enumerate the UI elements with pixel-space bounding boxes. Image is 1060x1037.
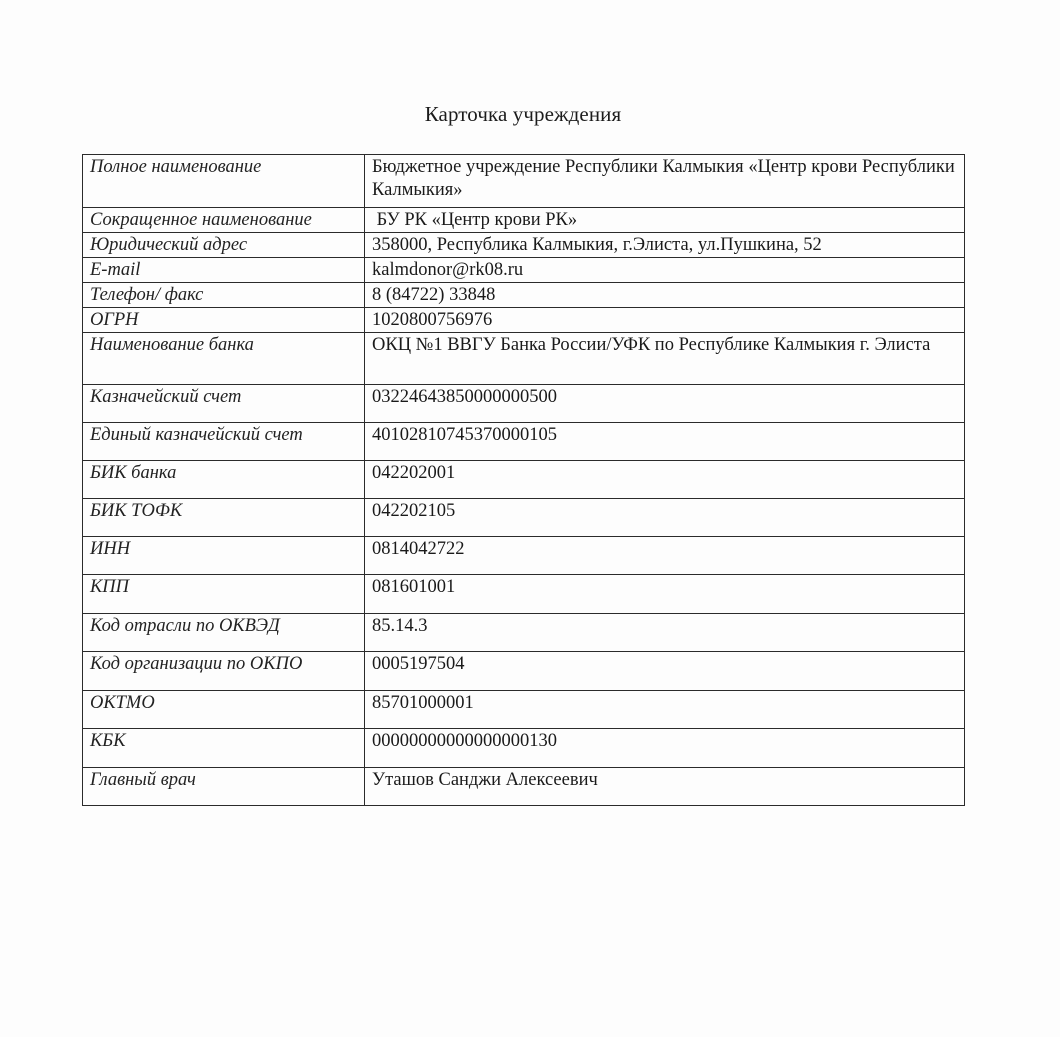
- table-row-phone-fax: Телефон/ факс 8 (84722) 33848: [83, 283, 965, 308]
- table-row-ogrn: ОГРН 1020800756976: [83, 308, 965, 333]
- document-page: Карточка учреждения Полное наименование …: [0, 0, 1060, 1037]
- row-value: Уташов Санджи Алексеевич: [365, 767, 965, 806]
- row-label: Главный врач: [83, 767, 365, 806]
- row-label: Код организации по ОКПО: [83, 652, 365, 691]
- row-label: ОКТМО: [83, 690, 365, 729]
- table-row-treasury-account: Казначейский счет 03224643850000000500: [83, 385, 965, 423]
- row-value: 1020800756976: [365, 308, 965, 333]
- table-row-kbk: КБК 00000000000000000130: [83, 729, 965, 768]
- table-row-okved: Код отрасли по ОКВЭД 85.14.3: [83, 613, 965, 652]
- row-label: E-mail: [83, 258, 365, 283]
- row-value: 85.14.3: [365, 613, 965, 652]
- table-row-tofk-bik: БИК ТОФК 042202105: [83, 499, 965, 537]
- table-row-single-treasury-account: Единый казначейский счет 401028107453700…: [83, 423, 965, 461]
- table-row-email: E-mail kalmdonor@rk08.ru: [83, 258, 965, 283]
- table-row-short-name: Сокращенное наименование БУ РК «Центр кр…: [83, 208, 965, 233]
- row-value: 0005197504: [365, 652, 965, 691]
- table-row-okpo: Код организации по ОКПО 0005197504: [83, 652, 965, 691]
- row-value: 081601001: [365, 575, 965, 614]
- row-label: Наименование банка: [83, 333, 365, 385]
- row-value: Бюджетное учреждение Республики Калмыкия…: [365, 155, 965, 208]
- table-row-chief-physician: Главный врач Уташов Санджи Алексеевич: [83, 767, 965, 806]
- row-label: БИК банка: [83, 461, 365, 499]
- row-value: 85701000001: [365, 690, 965, 729]
- table-row-inn: ИНН 0814042722: [83, 537, 965, 575]
- row-value: 40102810745370000105: [365, 423, 965, 461]
- row-value: 358000, Республика Калмыкия, г.Элиста, у…: [365, 233, 965, 258]
- table-row-full-name: Полное наименование Бюджетное учреждение…: [83, 155, 965, 208]
- table-row-oktmo: ОКТМО 85701000001: [83, 690, 965, 729]
- table-row-bank-bik: БИК банка 042202001: [83, 461, 965, 499]
- table-row-kpp: КПП 081601001: [83, 575, 965, 614]
- row-label: Сокращенное наименование: [83, 208, 365, 233]
- row-value: 00000000000000000130: [365, 729, 965, 768]
- row-label: Код отрасли по ОКВЭД: [83, 613, 365, 652]
- row-value: 042202105: [365, 499, 965, 537]
- row-label: Полное наименование: [83, 155, 365, 208]
- document-title: Карточка учреждения: [0, 102, 1046, 127]
- row-label: БИК ТОФК: [83, 499, 365, 537]
- row-value: 0814042722: [365, 537, 965, 575]
- row-label: Единый казначейский счет: [83, 423, 365, 461]
- row-label: ОГРН: [83, 308, 365, 333]
- row-value: ОКЦ №1 ВВГУ Банка России/УФК по Республи…: [365, 333, 965, 385]
- row-label: ИНН: [83, 537, 365, 575]
- row-label: КБК: [83, 729, 365, 768]
- row-label: Юридический адрес: [83, 233, 365, 258]
- row-value: 042202001: [365, 461, 965, 499]
- row-value: БУ РК «Центр крови РК»: [365, 208, 965, 233]
- institution-card-table: Полное наименование Бюджетное учреждение…: [82, 154, 965, 806]
- row-value: 03224643850000000500: [365, 385, 965, 423]
- row-value: kalmdonor@rk08.ru: [365, 258, 965, 283]
- table-row-bank-name: Наименование банка ОКЦ №1 ВВГУ Банка Рос…: [83, 333, 965, 385]
- table-row-legal-address: Юридический адрес 358000, Республика Кал…: [83, 233, 965, 258]
- row-value: 8 (84722) 33848: [365, 283, 965, 308]
- row-label: Телефон/ факс: [83, 283, 365, 308]
- row-label: КПП: [83, 575, 365, 614]
- row-label: Казначейский счет: [83, 385, 365, 423]
